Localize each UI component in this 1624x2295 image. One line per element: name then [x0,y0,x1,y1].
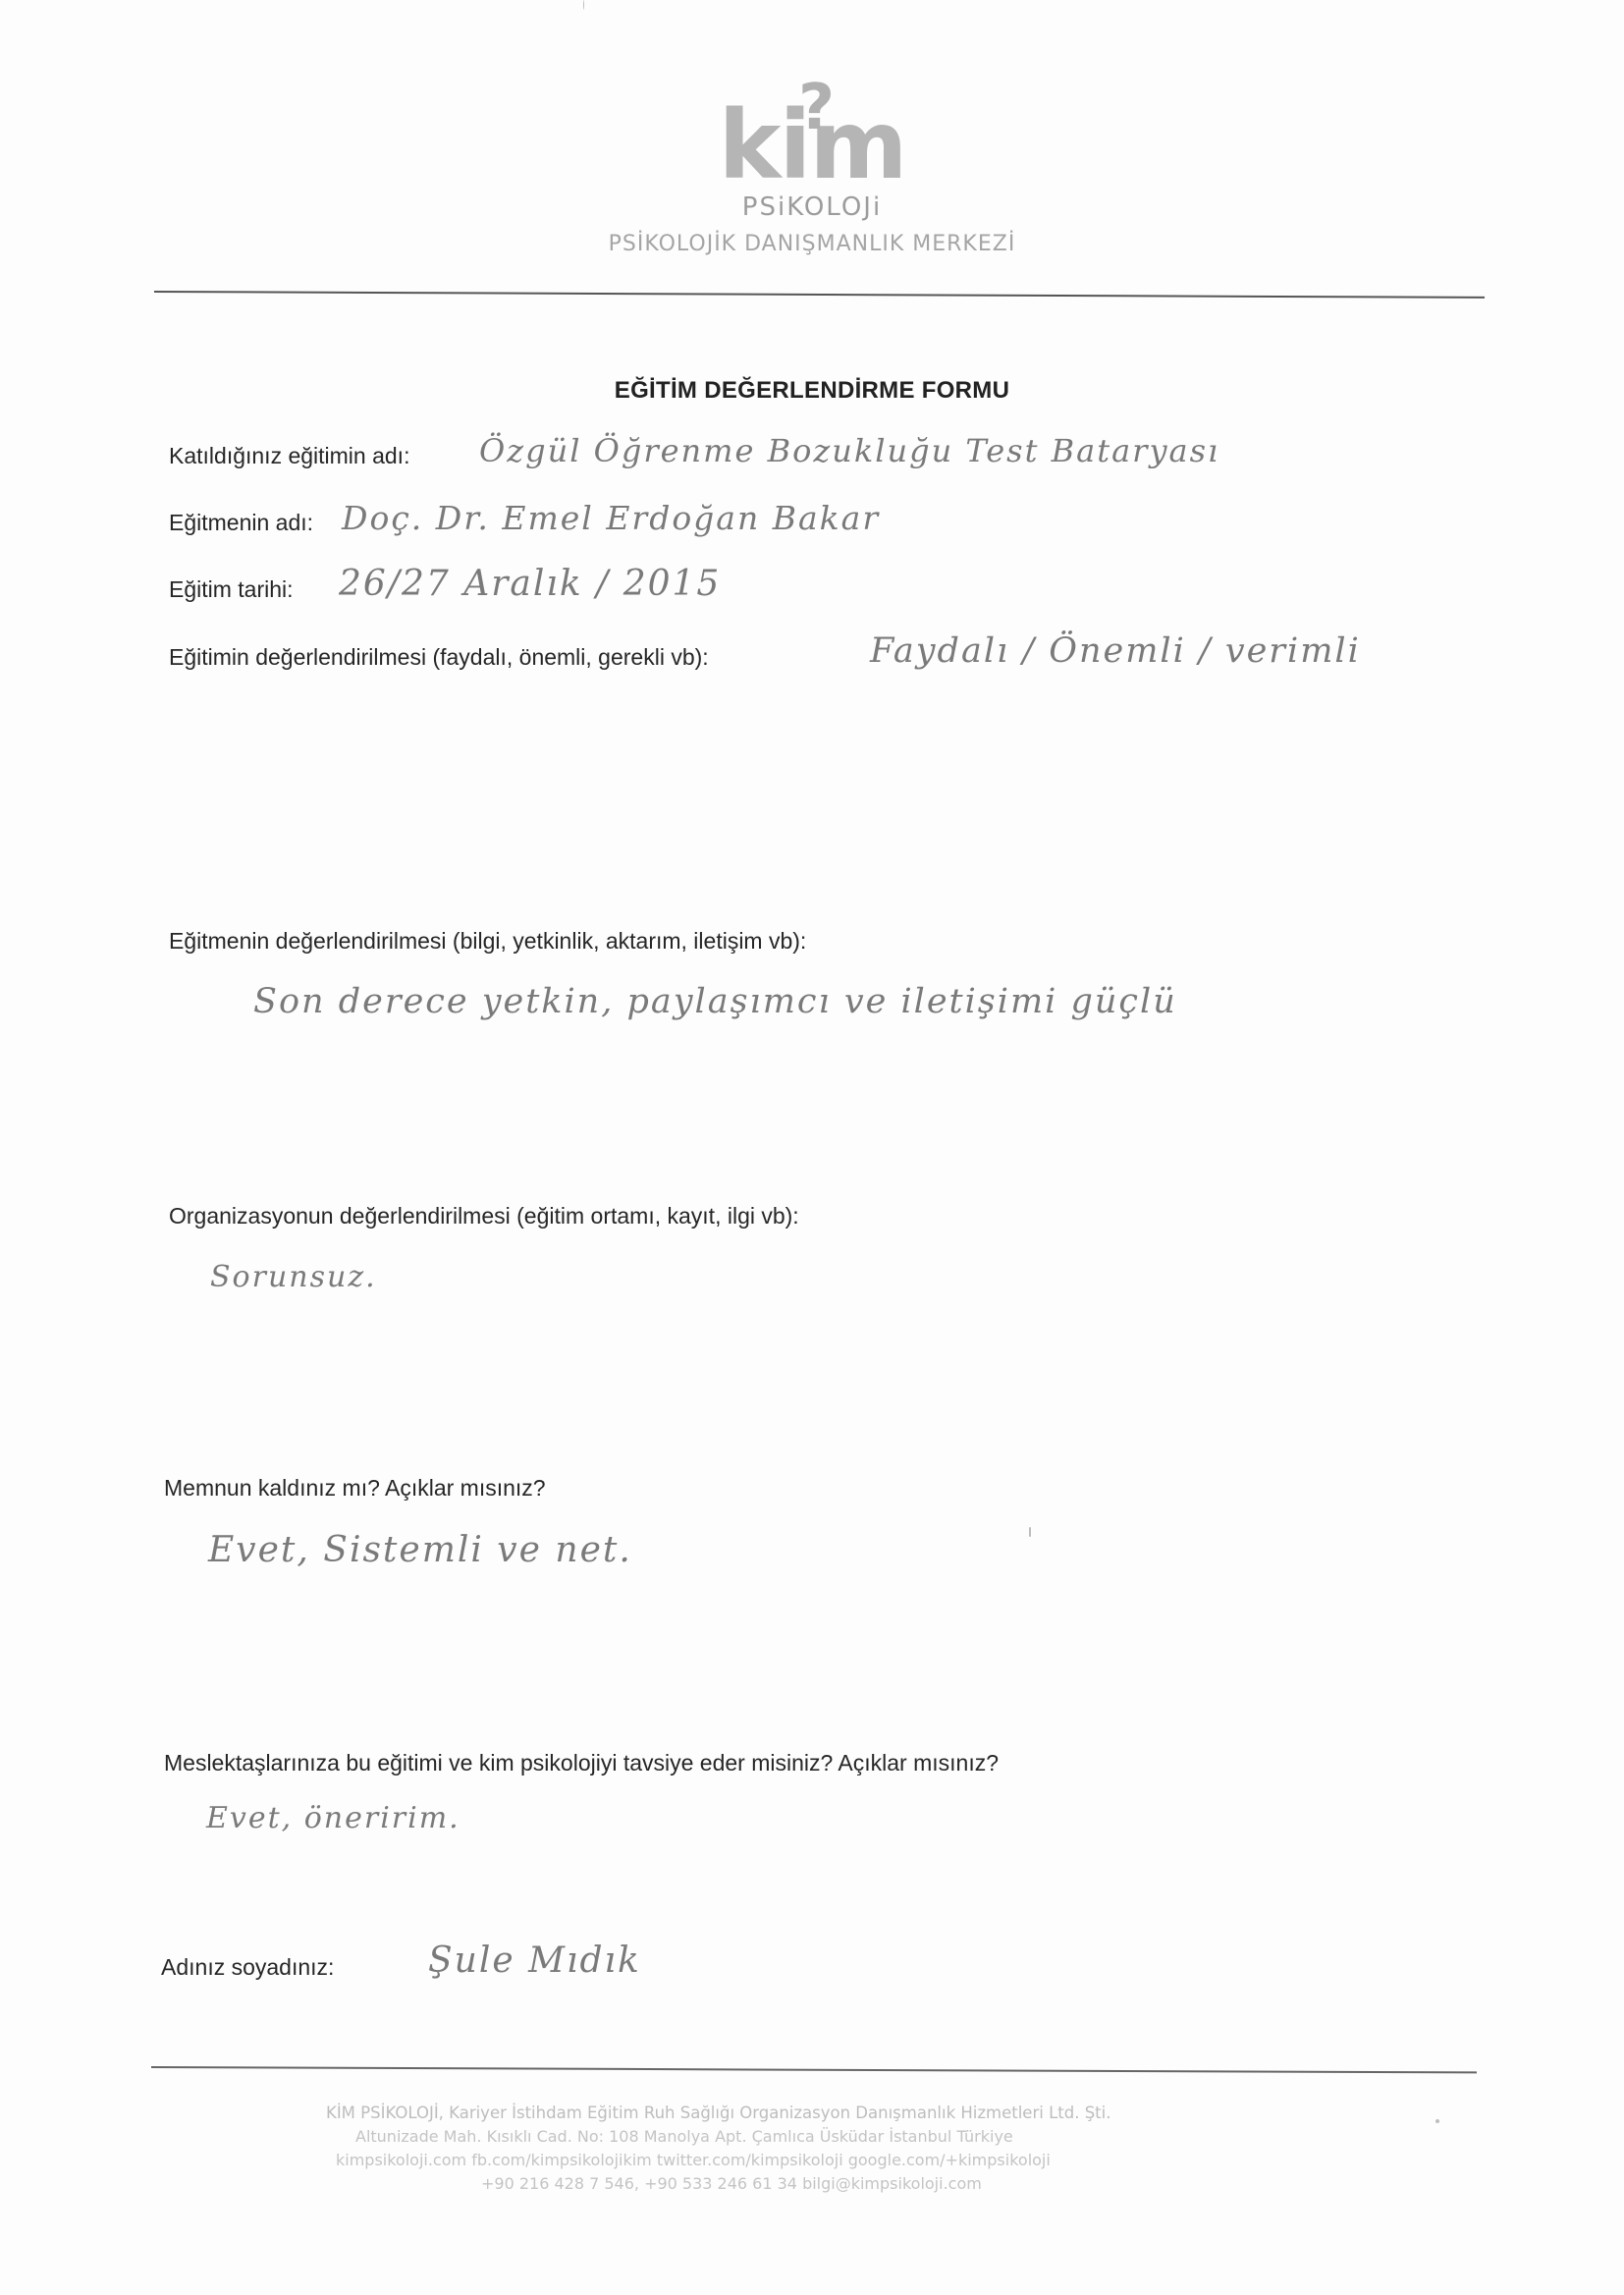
footer-contact: +90 216 428 7 546, +90 533 246 61 34 bil… [481,2174,982,2193]
header-divider [154,291,1485,299]
footer-divider [151,2066,1477,2073]
field-answer-trainer-evaluation: Son derece yetkin, paylaşımcı ve iletişi… [253,982,1177,1021]
logo-question-icon: ? [798,61,833,155]
field-label-training-date: Eğitim tarihi: [169,576,294,603]
logo-mark: kim ? [719,98,906,192]
footer-company: KİM PSİKOLOJİ, Kariyer İstihdam Eğitim R… [326,2104,1110,2122]
field-answer-satisfaction: Evet, Sistemli ve net. [208,1530,632,1570]
field-label-trainer-name: Eğitmenin adı: [169,510,313,536]
scan-artifact [1435,2119,1439,2123]
footer-web-links: kimpsikoloji.com fb.com/kimpsikolojikim … [336,2151,1051,2169]
field-answer-recommendation: Evet, öneririm. [206,1801,460,1835]
form-title: EĞİTİM DEĞERLENDİRME FORMU [0,377,1624,405]
field-answer-trainer-name: Doç. Dr. Emel Erdoğan Bakar [342,499,880,537]
field-label-training-evaluation: Eğitimin değerlendirilmesi (faydalı, öne… [169,644,709,671]
field-label-training-name: Katıldığınız eğitimin adı: [169,443,409,469]
logo: kim ? PSiKOLOJi PSİKOLOJİK DANIŞMANLIK M… [0,98,1624,256]
field-label-organization-evaluation: Organizasyonun değerlendirilmesi (eğitim… [169,1203,799,1229]
field-answer-organization-evaluation: Sorunsuz. [210,1260,377,1294]
scan-artifact [583,0,584,10]
field-label-trainer-evaluation: Eğitmenin değerlendirilmesi (bilgi, yetk… [169,928,806,955]
field-label-satisfaction: Memnun kaldınız mı? Açıklar mısınız? [164,1475,546,1502]
scan-artifact [1029,1527,1031,1537]
logo-tagline: PSİKOLOJİK DANIŞMANLIK MERKEZİ [0,232,1624,256]
scanned-form-page: kim ? PSiKOLOJi PSİKOLOJİK DANIŞMANLIK M… [0,0,1624,2295]
footer-address: Altunizade Mah. Kısıklı Cad. No: 108 Man… [355,2127,1013,2146]
field-answer-training-evaluation: Faydalı / Önemli / verimli [870,631,1361,671]
field-answer-training-date: 26/27 Aralık / 2015 [339,564,721,604]
field-answer-training-name: Özgül Öğrenme Bozukluğu Test Bataryası [479,432,1219,469]
field-answer-full-name: Şule Mıdık [428,1940,641,1981]
field-label-recommendation: Meslektaşlarınıza bu eğitimi ve kim psik… [164,1750,999,1776]
field-label-full-name: Adınız soyadınız: [161,1954,334,1981]
